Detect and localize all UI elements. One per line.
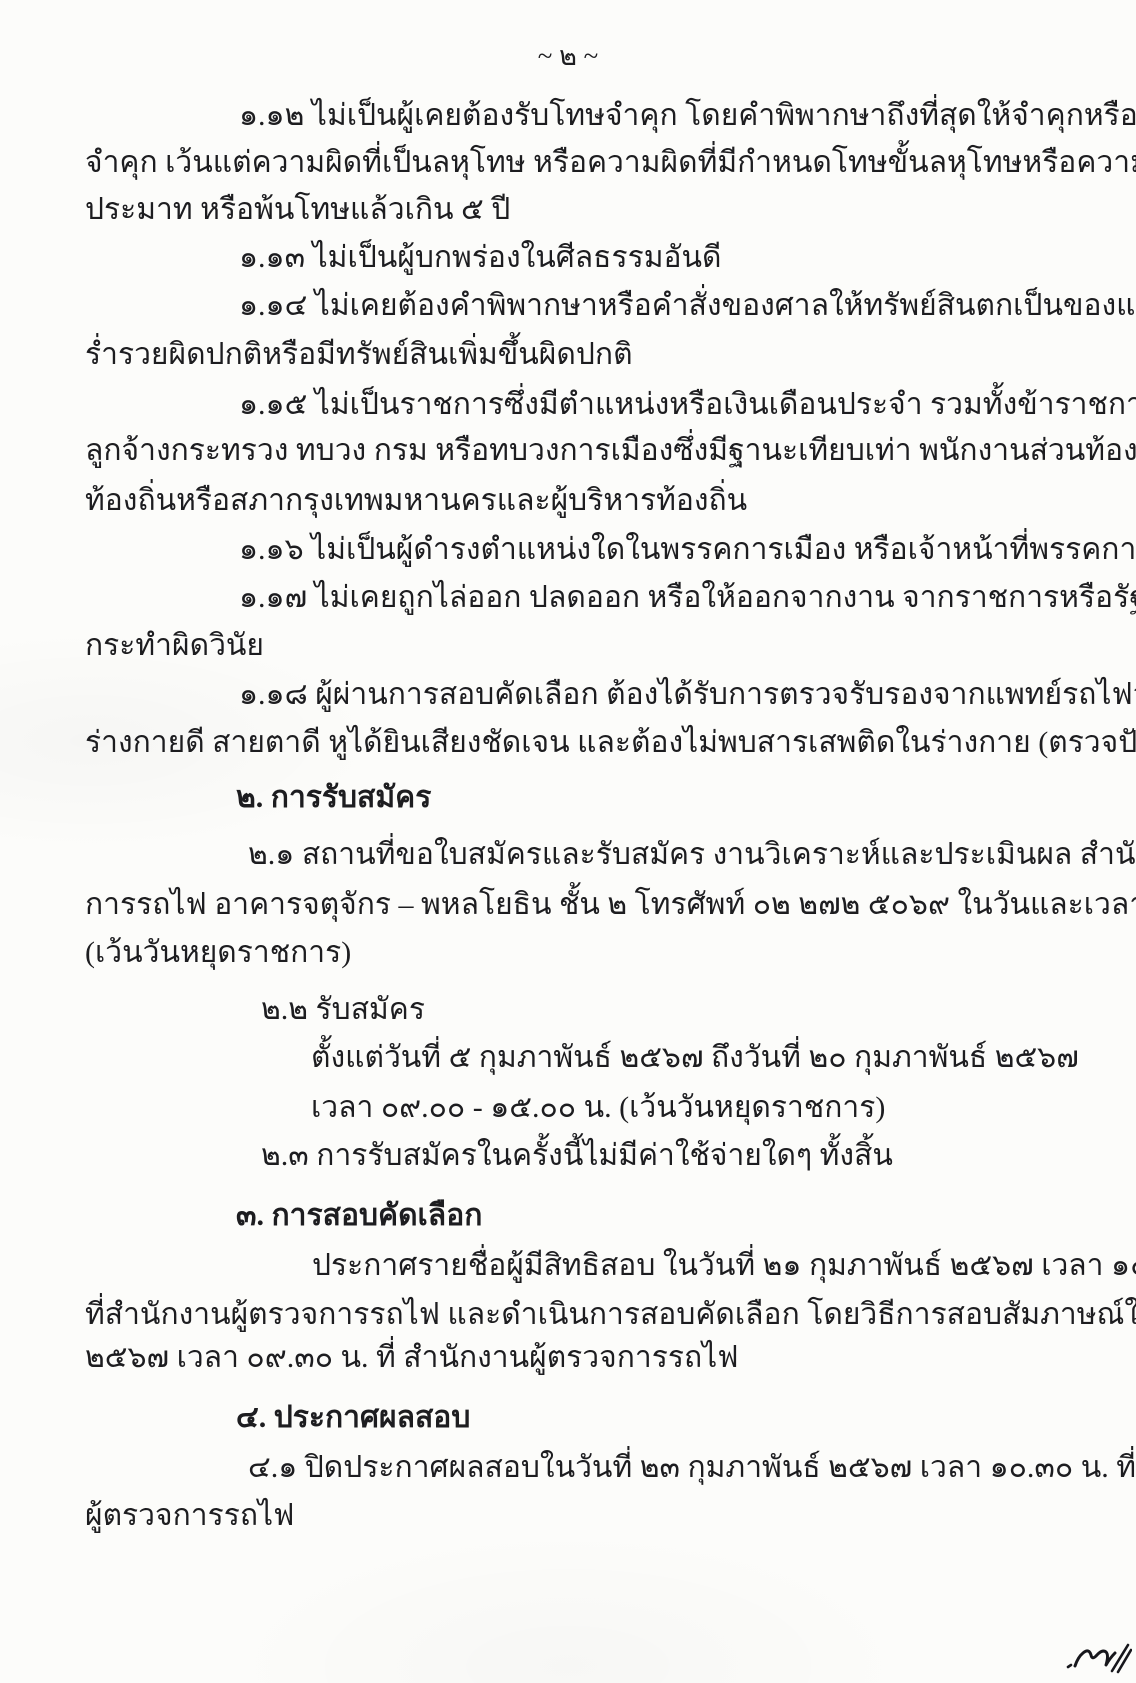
doc-line-item-1-14: ๑.๑๔ ไม่เคยต้องคำพิพากษาหรือคำสั่งของศาล… bbox=[239, 286, 1045, 326]
doc-line: ที่สำนักงานผู้ตรวจการรถไฟ และดำเนินการสอ… bbox=[85, 1295, 1045, 1335]
doc-line: ท้องถิ่นหรือสภากรุงเทพมหานครและผู้บริหาร… bbox=[85, 481, 747, 521]
doc-line-item-1-12: ๑.๑๒ ไม่เป็นผู้เคยต้องรับโทษจำคุก โดยคำพ… bbox=[239, 96, 1045, 136]
document-page: ~ ๒ ~ ๑.๑๒ ไม่เป็นผู้เคยต้องรับโทษจำคุก … bbox=[0, 0, 1136, 1683]
doc-line: ร่ำรวยผิดปกติหรือมีทรัพย์สินเพิ่มขึ้นผิด… bbox=[85, 335, 633, 375]
doc-line-application-hours: เวลา ๐๙.๐๐ - ๑๕.๐๐ น. (เว้นวันหยุดราชการ… bbox=[311, 1088, 885, 1128]
doc-line-item-1-18: ๑.๑๘ ผู้ผ่านการสอบคัดเลือก ต้องได้รับการ… bbox=[239, 675, 1045, 715]
doc-line-item-2-1: ๒.๑ สถานที่ขอใบสมัครและรับสมัคร งานวิเคร… bbox=[248, 835, 1045, 875]
doc-line: ผู้ตรวจการรถไฟ bbox=[85, 1496, 294, 1536]
doc-line-item-1-15: ๑.๑๕ ไม่เป็นราชการซึ่งมีตำแหน่งหรือเงินเ… bbox=[239, 385, 1045, 425]
doc-line: (เว้นวันหยุดราชการ) bbox=[85, 933, 351, 973]
doc-line-item-2-3: ๒.๓ การรับสมัครในครั้งนี้ไม่มีค่าใช้จ่าย… bbox=[261, 1136, 893, 1176]
doc-line: ลูกจ้างกระทรวง ทบวง กรม หรือทบวงการเมือง… bbox=[85, 431, 1045, 471]
doc-line-item-2-2: ๒.๒ รับสมัคร bbox=[261, 990, 425, 1030]
section-heading-3: ๓. การสอบคัดเลือก bbox=[236, 1196, 482, 1236]
doc-line: ร่างกายดี สายตาดี หูได้ยินเสียงชัดเจน แล… bbox=[85, 723, 1136, 763]
doc-line: ประมาท หรือพ้นโทษแล้วเกิน ๕ ปี bbox=[85, 190, 510, 230]
doc-line: จำคุก เว้นแต่ความผิดที่เป็นลหุโทษ หรือคว… bbox=[85, 143, 1045, 183]
doc-line: การรถไฟ อาคารจตุจักร – พหลโยธิน ชั้น ๒ โ… bbox=[85, 885, 1045, 925]
doc-line: ๒๕๖๗ เวลา ๐๙.๓๐ น. ที่ สำนักงานผู้ตรวจกา… bbox=[85, 1338, 738, 1378]
doc-line-item-1-13: ๑.๑๓ ไม่เป็นผู้บกพร่องในศีลธรรมอันดี bbox=[239, 238, 722, 278]
page-number-header: ~ ๒ ~ bbox=[0, 34, 1136, 77]
doc-line-exam-announcement: ประกาศรายชื่อผู้มีสิทธิสอบ ในวันที่ ๒๑ ก… bbox=[312, 1246, 1045, 1286]
section-heading-2: ๒. การรับสมัคร bbox=[236, 778, 431, 818]
doc-line: กระทำผิดวินัย bbox=[85, 626, 264, 666]
handwritten-initials-icon bbox=[1066, 1636, 1132, 1680]
doc-line-item-4-1: ๔.๑ ปิดประกาศผลสอบในวันที่ ๒๓ กุมภาพันธ์… bbox=[248, 1448, 1045, 1488]
doc-line-application-dates: ตั้งแต่วันที่ ๕ กุมภาพันธ์ ๒๕๖๗ ถึงวันที… bbox=[311, 1038, 1079, 1078]
doc-line-item-1-17: ๑.๑๗ ไม่เคยถูกไล่ออก ปลดออก หรือให้ออกจา… bbox=[239, 578, 1045, 618]
section-heading-4: ๔. ประกาศผลสอบ bbox=[236, 1398, 470, 1438]
doc-line-item-1-16: ๑.๑๖ ไม่เป็นผู้ดำรงตำแหน่งใดในพรรคการเมื… bbox=[239, 530, 1136, 570]
